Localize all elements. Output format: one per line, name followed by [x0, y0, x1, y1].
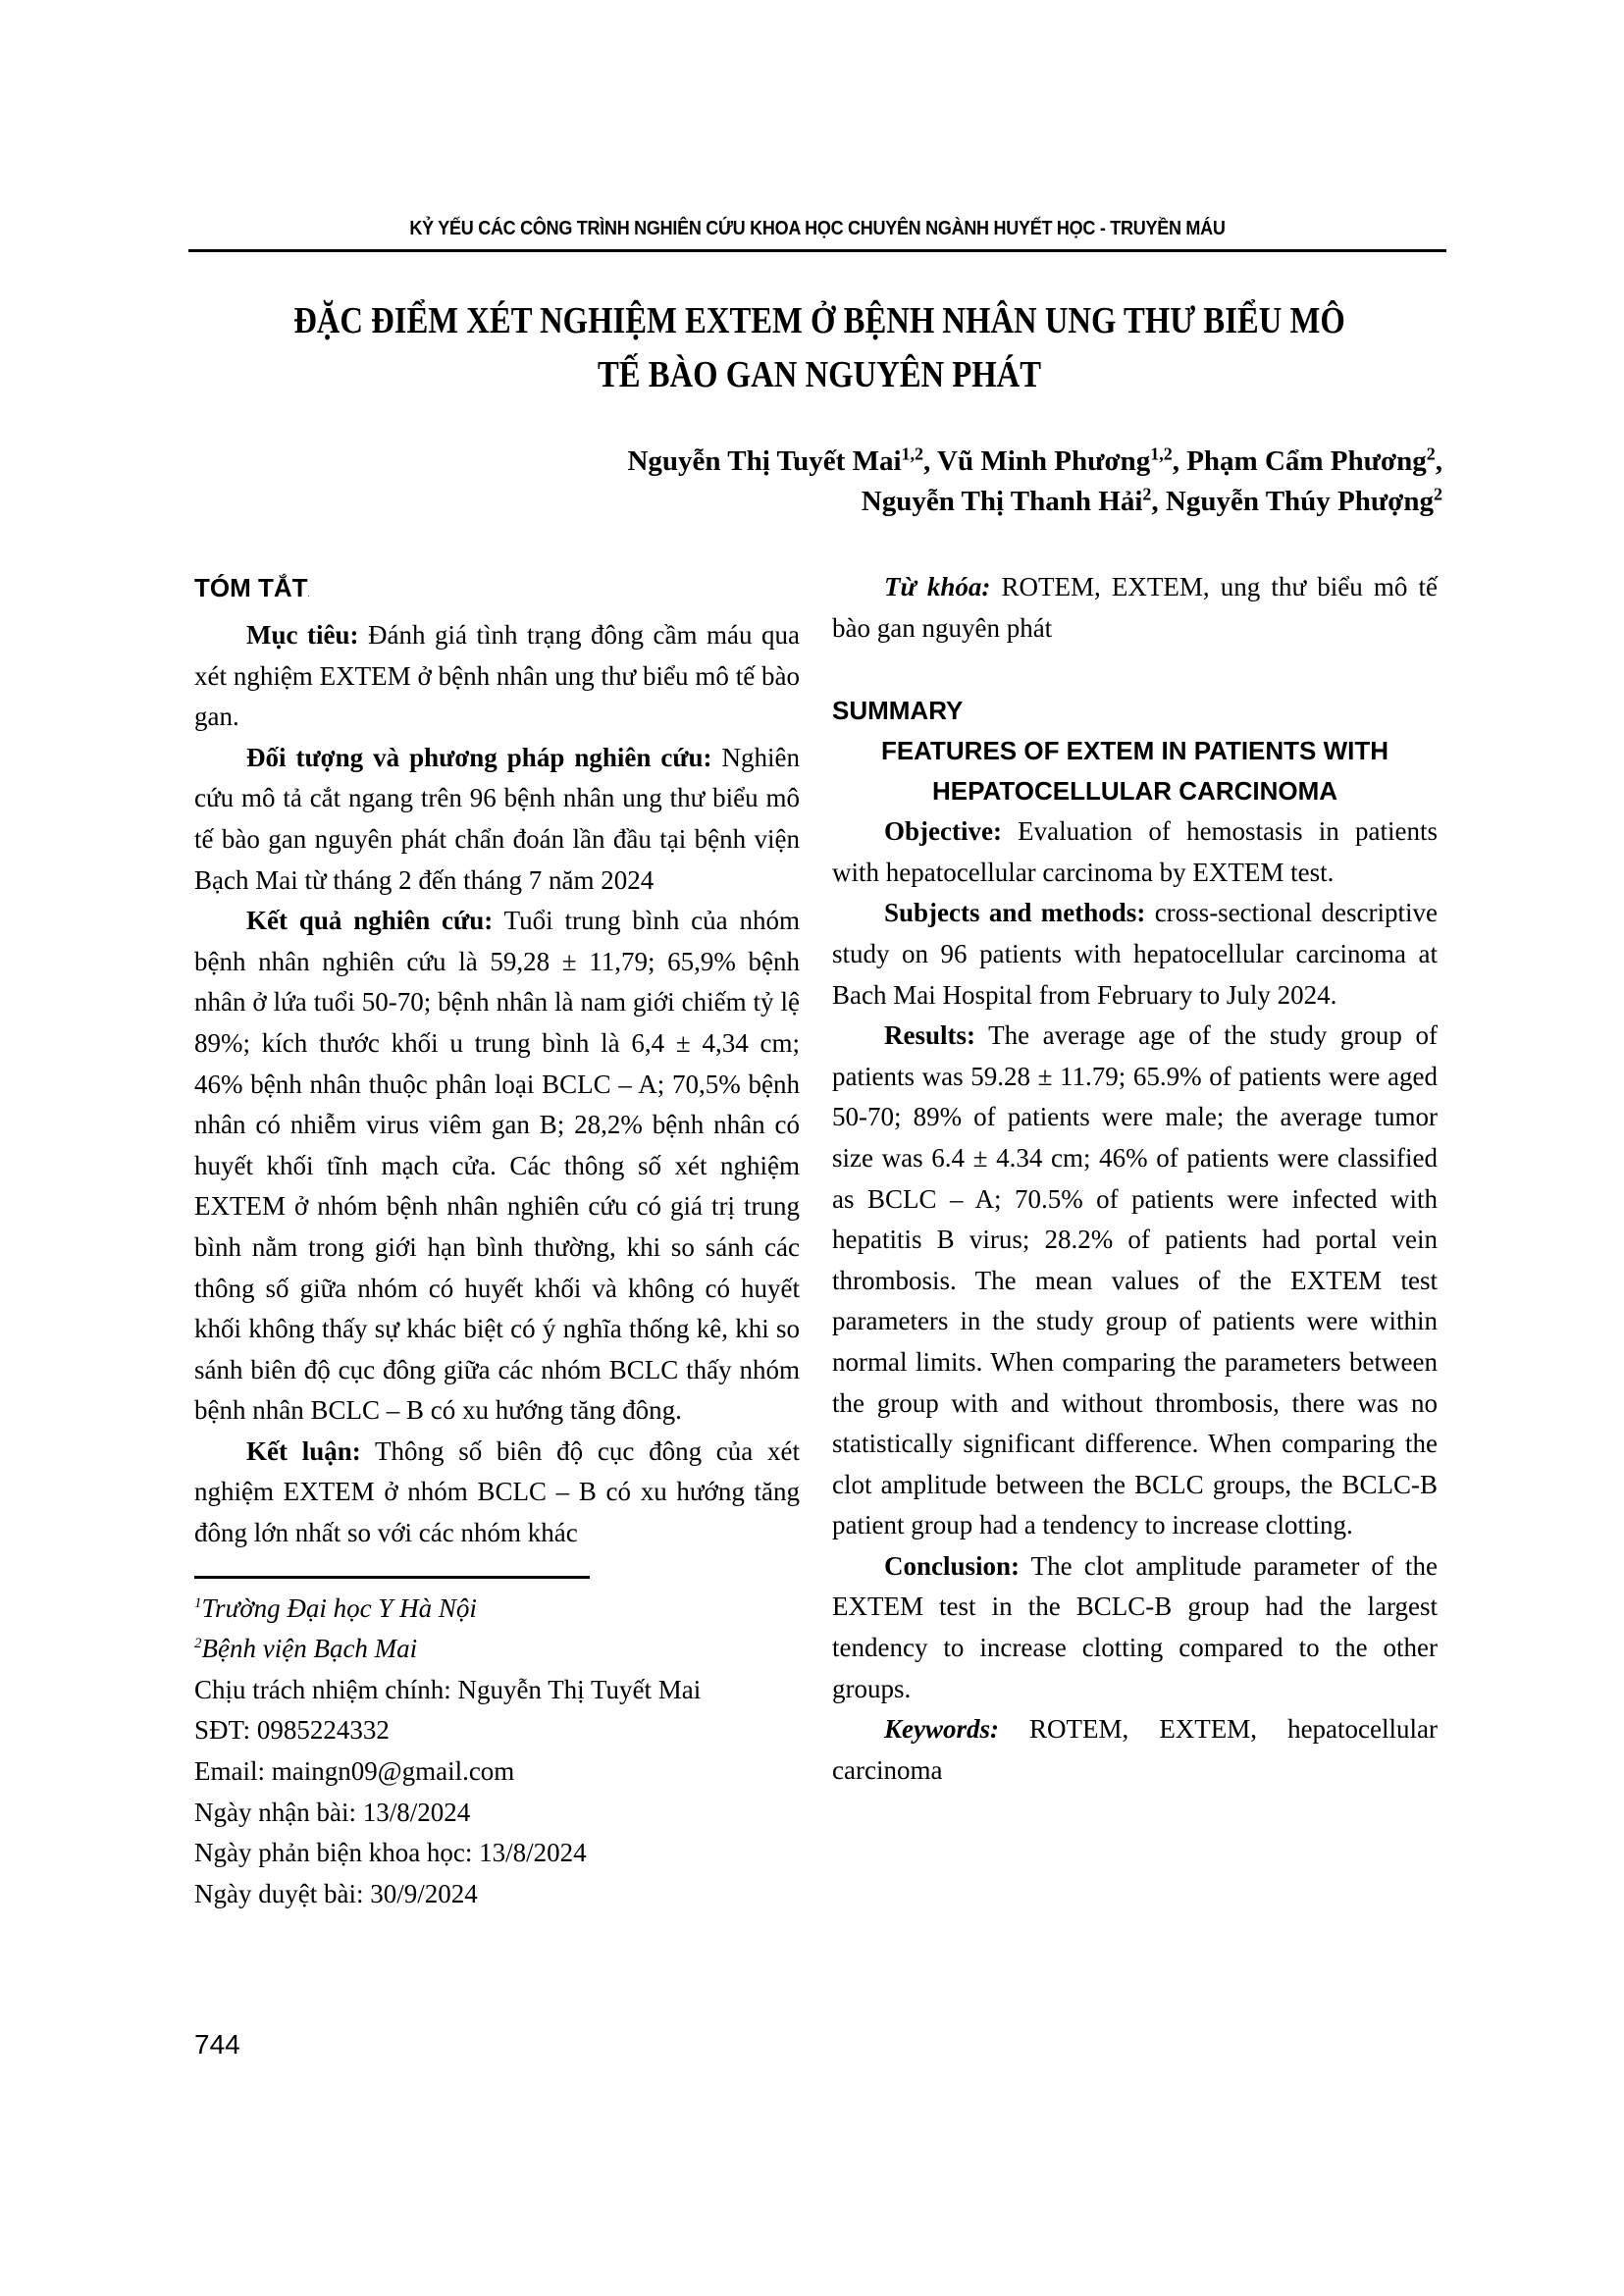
keywords-vi-label: Từ khóa:: [884, 572, 990, 601]
author-separator: ,: [1151, 486, 1166, 517]
author-name: Nguyễn Thúy Phượng: [1166, 486, 1434, 517]
affiliation-mark: 2: [194, 1636, 202, 1651]
keywords-en-label: Keywords:: [884, 1714, 999, 1744]
date-reviewed: Ngày phản biện khoa học: 13/8/2024: [194, 1833, 800, 1874]
abstract-vi-keywords: Từ khóa: ROTEM, EXTEM, ung thư biểu mô t…: [832, 567, 1438, 649]
header-rule: [188, 249, 1446, 252]
spacer: [832, 649, 1438, 690]
left-column: TÓM TẮT. Mục tiêu: Đánh giá tình trạng đ…: [194, 567, 800, 1914]
abstract-vi-conclusion: Kết luận: Thông số biên độ cục đông của …: [194, 1432, 800, 1554]
author-name: Phạm Cẩm Phương: [1186, 445, 1427, 477]
author-affiliation: 2: [1434, 484, 1442, 503]
article-title: ĐẶC ĐIỂM XÉT NGHIỆM EXTEM Ở BỆNH NHÂN UN…: [284, 294, 1355, 402]
author-name: Vũ Minh Phương: [937, 445, 1150, 477]
author-affiliation: 1,2: [1150, 444, 1173, 463]
date-accepted: Ngày duyệt bài: 30/9/2024: [194, 1874, 800, 1915]
corresponding-author: Chịu trách nhiệm chính: Nguyễn Thị Tuyết…: [194, 1670, 800, 1711]
author-separator: ,: [923, 445, 937, 477]
english-title: FEATURES OF EXTEM IN PATIENTS WITH HEPAT…: [832, 731, 1438, 811]
affiliation-2: 2Bệnh viện Bạch Mai: [194, 1629, 800, 1670]
results-text: The average age of the study group of pa…: [832, 1020, 1438, 1539]
affiliation-text: Trường Đại học Y Hà Nội: [202, 1593, 477, 1623]
running-header: KỶ YẾU CÁC CÔNG TRÌNH NGHIÊN CỨU KHOA HỌ…: [257, 218, 1379, 240]
authors-line-1: Nguyễn Thị Tuyết Mai1,2, Vũ Minh Phương1…: [432, 442, 1442, 482]
abstract-en-keywords: Keywords: ROTEM, EXTEM, hepatocellular c…: [832, 1709, 1438, 1791]
english-title-line-1: FEATURES OF EXTEM IN PATIENTS WITH: [832, 731, 1438, 771]
affiliation-text: Bệnh viện Bạch Mai: [202, 1634, 418, 1663]
title-line-2: TẾ BÀO GAN NGUYÊN PHÁT: [284, 348, 1355, 402]
english-title-line-2: HEPATOCELLULAR CARCINOMA: [832, 771, 1438, 811]
date-received: Ngày nhận bài: 13/8/2024: [194, 1793, 800, 1834]
heading-text: TÓM TẮT: [194, 573, 308, 602]
page-number: 744: [194, 2029, 240, 2061]
abstract-vi-methods: Đối tượng và phương pháp nghiên cứu: Ngh…: [194, 738, 800, 901]
objective-label: Mục tiêu:: [246, 620, 358, 650]
phone-number: SĐT: 0985224332: [194, 1710, 800, 1751]
conclusion-label: Kết luận:: [246, 1436, 361, 1466]
abstract-en-methods: Subjects and methods: cross-sectional de…: [832, 893, 1438, 1016]
author-separator: ,: [1436, 445, 1442, 477]
author-separator: ,: [1173, 445, 1187, 477]
abstract-vi-results: Kết quả nghiên cứu: Tuổi trung bình của …: [194, 901, 800, 1432]
affiliation-mark: 1: [194, 1595, 202, 1611]
summary-heading: SUMMARY: [832, 690, 1438, 731]
author-name: Nguyễn Thị Thanh Hải: [862, 486, 1143, 517]
methods-label: Subjects and methods:: [884, 898, 1145, 927]
abstract-vi-heading: TÓM TẮT.: [194, 567, 800, 615]
abstract-vi-objective: Mục tiêu: Đánh giá tình trạng đông cầm m…: [194, 615, 800, 738]
abstract-en-results: Results: The average age of the study gr…: [832, 1016, 1438, 1546]
methods-label: Đối tượng và phương pháp nghiên cứu:: [246, 743, 712, 772]
results-label: Kết quả nghiên cứu:: [246, 906, 493, 935]
results-label: Results:: [884, 1020, 975, 1050]
abstract-en-objective: Objective: Evaluation of hemostasis in p…: [832, 811, 1438, 893]
results-text: Tuổi trung bình của nhóm bệnh nhân nghiê…: [194, 906, 800, 1425]
footnote-rule: [194, 1576, 590, 1579]
author-name: Nguyễn Thị Tuyết Mai: [627, 445, 901, 477]
right-column: Từ khóa: ROTEM, EXTEM, ung thư biểu mô t…: [832, 567, 1438, 1791]
affiliation-1: 1Trường Đại học Y Hà Nội: [194, 1589, 800, 1630]
authors-line-2: Nguyễn Thị Thanh Hải2, Nguyễn Thúy Phượn…: [432, 482, 1442, 522]
abstract-en-conclusion: Conclusion: The clot amplitude parameter…: [832, 1546, 1438, 1709]
heading-mark: .: [308, 590, 310, 599]
conclusion-label: Conclusion:: [884, 1551, 1020, 1581]
email-address: Email: maingn09@gmail.com: [194, 1751, 800, 1793]
objective-label: Objective:: [884, 816, 1002, 846]
author-affiliation: 1,2: [902, 444, 924, 463]
author-list: Nguyễn Thị Tuyết Mai1,2, Vũ Minh Phương1…: [432, 442, 1442, 522]
title-line-1: ĐẶC ĐIỂM XÉT NGHIỆM EXTEM Ở BỆNH NHÂN UN…: [284, 294, 1355, 348]
author-affiliation: 2: [1427, 444, 1436, 463]
